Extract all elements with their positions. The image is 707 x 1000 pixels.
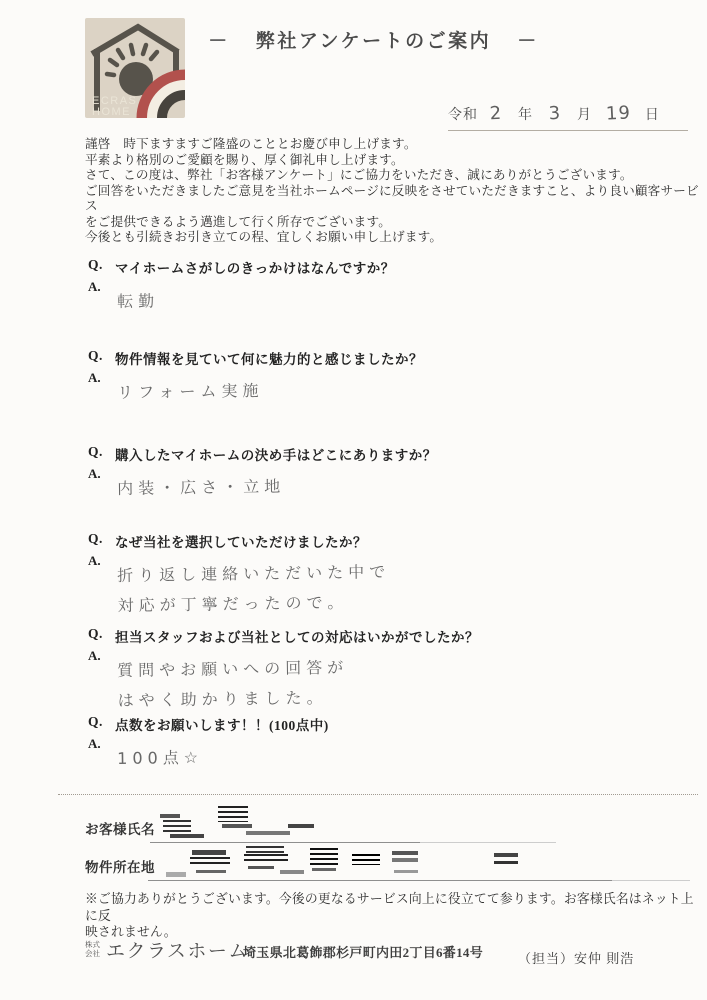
- date-day-unit: 日: [645, 104, 660, 124]
- logo-brand-line2: HOME: [92, 106, 131, 118]
- question-text: なぜ当社を選択していただけましたか？: [115, 531, 367, 551]
- date-row: 令和 2 年 3 月 19 日: [448, 103, 692, 124]
- customer-name-underline: [150, 842, 420, 843]
- qa-section-4: Q.なぜ当社を選択していただけましたか？ A.折り返し連絡いただいた中で 対応が…: [88, 531, 648, 621]
- company-contact: （担当）安仲 則浩: [518, 948, 634, 967]
- date-era-label: 令和: [448, 104, 478, 124]
- a-label: A.: [88, 648, 108, 716]
- handwritten-answer: リフォーム実施: [117, 376, 264, 408]
- q-label: Q.: [88, 626, 115, 646]
- date-year-value: 2: [487, 103, 504, 125]
- q-label: Q.: [88, 257, 115, 277]
- a-label: A.: [88, 736, 108, 774]
- property-location-underline-ext: [612, 880, 690, 881]
- dotted-separator: [58, 794, 698, 795]
- question-text: 担当スタッフおよび当社としての対応はいかがでしたか？: [115, 626, 479, 646]
- company-name: エクラスホーム: [106, 936, 249, 963]
- date-day-value: 19: [605, 102, 631, 124]
- date-year-unit: 年: [518, 104, 533, 124]
- question-text: 点数をお願いします！！(100点中): [115, 714, 329, 734]
- property-location-label: 物件所在地: [85, 856, 155, 876]
- title-dash-left: －: [208, 26, 230, 53]
- handwritten-answer: 折り返し連絡いただいた中で 対応が丁寧だったので。: [117, 557, 391, 621]
- footer-note: ※ご協力ありがとうございます。今後の更なるサービス向上に役立てて参ります。お客様…: [85, 891, 703, 941]
- question-text: マイホームさがしのきっかけはなんですか？: [115, 257, 395, 277]
- handwritten-answer: 転勤: [117, 286, 159, 317]
- q-label: Q.: [88, 531, 115, 551]
- handwritten-answer: 質問やお願いへの回答が はやく助かりました。: [117, 653, 349, 716]
- handwritten-answer: 内装・広さ・立地: [117, 472, 285, 504]
- page-title: 弊社アンケートのご案内: [256, 26, 491, 53]
- page-title-row: － 弊社アンケートのご案内 －: [40, 26, 707, 53]
- question-text: 購入したマイホームの決め手はどこにありますか？: [115, 444, 437, 464]
- a-label: A.: [88, 553, 108, 621]
- customer-name-underline-ext: [420, 842, 556, 843]
- qa-section-1: Q.マイホームさがしのきっかけはなんですか？ A.転勤: [88, 257, 648, 317]
- q-label: Q.: [88, 348, 115, 368]
- date-month-value: 3: [546, 103, 563, 125]
- company-prefix-line2: 会社: [85, 950, 100, 959]
- a-label: A.: [88, 279, 108, 317]
- qa-section-3: Q.購入したマイホームの決め手はどこにありますか？ A.内装・広さ・立地: [88, 444, 648, 504]
- a-label: A.: [88, 466, 108, 504]
- a-label: A.: [88, 370, 108, 408]
- q-label: Q.: [88, 714, 115, 734]
- qa-section-5: Q.担当スタッフおよび当社としての対応はいかがでしたか？ A.質問やお願いへの回…: [88, 626, 648, 716]
- qa-section-6: Q.点数をお願いします！！(100点中) A.100点☆: [88, 714, 648, 774]
- qa-section-2: Q.物件情報を見ていて何に魅力的と感じましたか？ A.リフォーム実施: [88, 348, 648, 408]
- greeting-paragraph: 謹啓 時下ますますご隆盛のこととお慶び申し上げます。 平素より格別のご愛顧を賜り…: [85, 137, 705, 246]
- date-month-unit: 月: [577, 104, 592, 124]
- q-label: Q.: [88, 444, 115, 464]
- survey-document: ECRAS HOME － 弊社アンケートのご案内 － 令和 2 年 3 月 19…: [0, 0, 707, 1000]
- title-dash-right: －: [517, 26, 539, 53]
- company-address: 埼玉県北葛飾郡杉戸町内田2丁目6番14号: [243, 942, 483, 961]
- customer-name-label: お客様氏名: [85, 818, 155, 838]
- question-text: 物件情報を見ていて何に魅力的と感じましたか？: [115, 348, 423, 368]
- company-prefix: 株式 会社: [85, 941, 100, 958]
- date-underline: [448, 130, 688, 131]
- handwritten-answer: 100点☆: [117, 743, 203, 774]
- property-location-underline: [148, 880, 612, 881]
